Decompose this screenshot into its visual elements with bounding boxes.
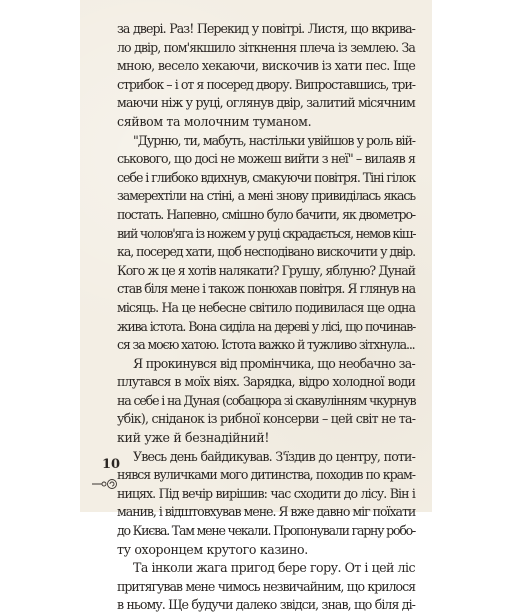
- text-line: Я прокинувся від промінчика, що необачно…: [117, 355, 415, 374]
- text-line: замерехтіли на стіні, а мені знову приви…: [117, 187, 415, 206]
- text-line: жива істота. Вона сиділа на дереві у ліс…: [117, 318, 415, 337]
- text-line: ка, посеред хати, щоб несподівано вискоч…: [117, 243, 415, 262]
- page-number: 10: [102, 457, 120, 472]
- text-line: манив, і відштовхував мене. Я вже давно …: [117, 503, 415, 512]
- text-line: за двері. Раз! Перекид у повітрі. Листя,…: [117, 20, 415, 39]
- text-line: "Дурню, ти, мабуть, настільки увійшов у …: [117, 132, 415, 151]
- text-line: ся за моєю хатою. Істота важко й тужливо…: [117, 336, 415, 355]
- text-line: убік), сніданок із рибної консерви – цей…: [117, 410, 415, 429]
- body-text: за двері. Раз! Перекид у повітрі. Листя,…: [117, 20, 415, 512]
- text-line: постать. Напевно, смішно було бачити, як…: [117, 206, 415, 225]
- text-line: ло двір, пом'якшило зіткнення плеча із з…: [117, 39, 415, 58]
- text-line: став біля мене і також понюхав повітря. …: [117, 280, 415, 299]
- text-line: вий чолов'яга із ножем у руці скрадаєтьс…: [117, 225, 415, 244]
- text-line: ницях. Під вечір вирішив: час сходити до…: [117, 485, 415, 504]
- text-line: нявся вуличками мого дитинства, походив …: [117, 466, 415, 485]
- text-line: ськового, що досі не можеш вийти з неї" …: [117, 150, 415, 169]
- text-line: стрибок – і от я посеред двору. Випроста…: [117, 76, 415, 95]
- text-line: Кого ж це я хотів налякати? Грушу, яблун…: [117, 262, 415, 281]
- text-line: сяйвом та молочним туманом.: [117, 113, 415, 132]
- text-line: місяць. На це небесне світило подивилася…: [117, 299, 415, 318]
- text-line: Увесь день байдикував. З'їздив до центру…: [117, 448, 415, 467]
- text-line: мною, весело хекаючи, вискочив із хати п…: [117, 57, 415, 76]
- text-line: маючи ніж у руці, оглянув двір, залитий …: [117, 94, 415, 113]
- book-page: за двері. Раз! Перекид у повітрі. Листя,…: [80, 0, 432, 512]
- swirl-ornament-icon: [92, 478, 118, 490]
- text-line: себе і глибоко вдихнув, смакуючи повітря…: [117, 169, 415, 188]
- text-line: плутався в моїх віях. Зарядка, відро хол…: [117, 373, 415, 392]
- text-line: кий уже й безнадійний!: [117, 429, 415, 448]
- text-line: на себе і на Дуная (собацюра зі скавулін…: [117, 392, 415, 411]
